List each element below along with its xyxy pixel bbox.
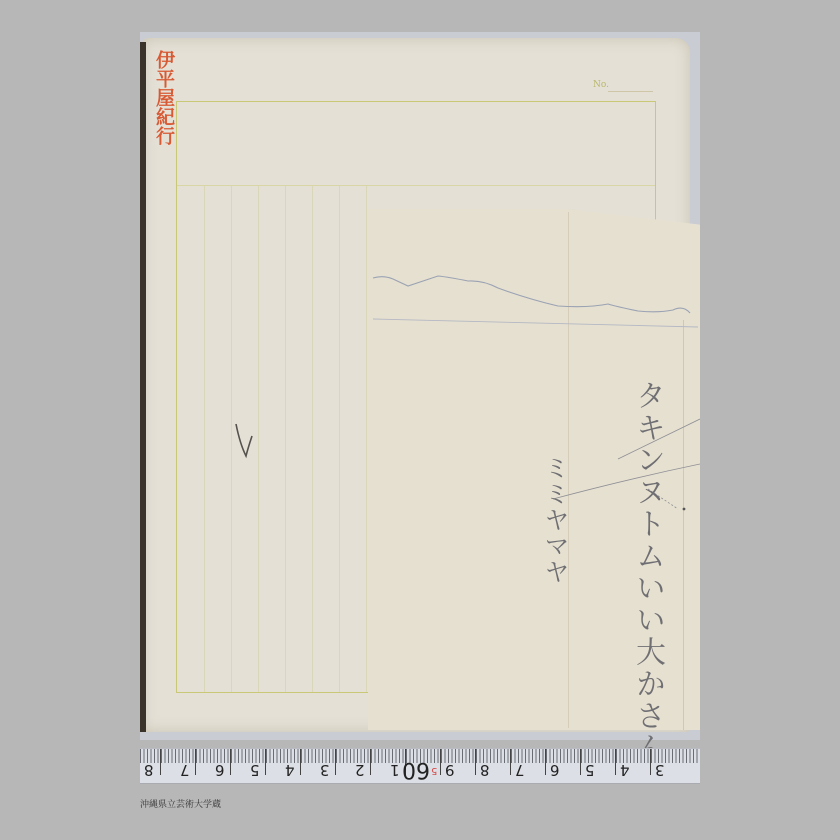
ruler-number: 8 <box>480 761 490 779</box>
notebook-binding <box>140 42 146 732</box>
pencil-mark <box>232 420 256 460</box>
ruler-number: 1 <box>390 761 400 779</box>
collection-credit: 沖縄県立芸術大学蔵 <box>140 797 221 810</box>
ruler-red-mark: 5 <box>431 765 437 776</box>
ruler-number: 6 <box>215 761 225 779</box>
header-rule <box>177 185 655 186</box>
measuring-ruler: 8 7 6 5 4 3 2 1 60 5 9 8 7 6 5 4 3 <box>140 748 700 784</box>
page-number-label: No. <box>593 80 609 90</box>
grid-column-line <box>366 186 367 692</box>
ruler-major-tick <box>615 749 616 775</box>
grid-column-line <box>312 186 313 692</box>
ruler-major-tick <box>195 749 196 775</box>
ruler-number: 3 <box>655 761 665 779</box>
handwriting-left-column: ミミヤマヤ <box>540 455 570 585</box>
grid-column-line <box>339 186 340 692</box>
ruler-number: 9 <box>445 761 455 779</box>
ruler-number: 7 <box>180 761 190 779</box>
ruler-number: 2 <box>355 761 365 779</box>
ruler-number: 6 <box>550 761 560 779</box>
ruler-number: 4 <box>285 761 295 779</box>
ruler-number: 3 <box>320 761 330 779</box>
ruler-major-tick <box>580 749 581 775</box>
ruler-number: 4 <box>620 761 630 779</box>
ruler-number: 5 <box>585 761 595 779</box>
grid-column-line <box>204 186 205 692</box>
ruler-major-tick <box>510 749 511 775</box>
ruler-center-number: 60 <box>402 757 430 782</box>
ruler-major-tick <box>335 749 336 775</box>
ruler-number: 8 <box>144 761 154 779</box>
ruler-major-tick <box>545 749 546 775</box>
handwriting-right-column: タキンヌトムいい大かさん、 <box>630 380 664 796</box>
grid-column-line <box>285 186 286 692</box>
ruler-number: 7 <box>515 761 525 779</box>
ruler-major-tick <box>230 749 231 775</box>
ruler-major-tick <box>475 749 476 775</box>
ruler-major-tick <box>370 749 371 775</box>
ruler-number: 5 <box>250 761 260 779</box>
ruler-major-tick <box>440 749 441 775</box>
ruler-major-tick <box>265 749 266 775</box>
ruler-major-tick <box>300 749 301 775</box>
grid-column-line <box>258 186 259 692</box>
page-number-line <box>608 91 653 92</box>
notebook-title-stamp: 伊平屋紀行 <box>148 50 176 145</box>
ruler-major-tick <box>160 749 161 775</box>
ruler-major-tick <box>650 749 651 775</box>
